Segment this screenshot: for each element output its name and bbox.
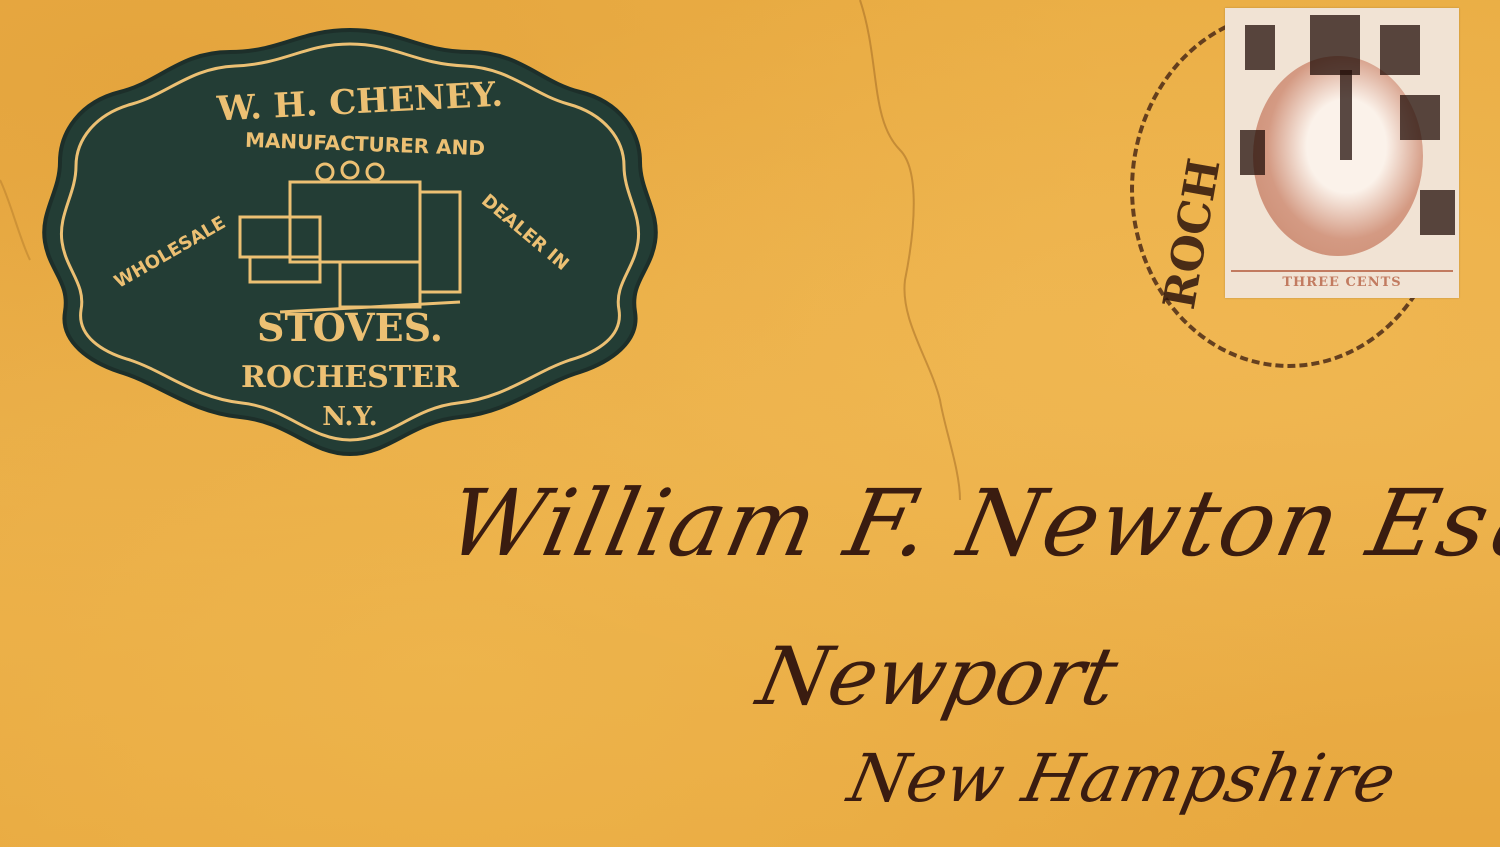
washington-portrait bbox=[1253, 56, 1423, 256]
address-name: William F. Newton Esq bbox=[439, 470, 1500, 577]
postmark-text: ROCH bbox=[1154, 155, 1231, 313]
address-state: New Hampshire bbox=[842, 740, 1402, 817]
address-city: Newport bbox=[750, 630, 1125, 723]
postage-stamp: THREE CENTS bbox=[1225, 8, 1459, 298]
stamp-denomination: THREE CENTS bbox=[1231, 270, 1453, 292]
card-city: ROCHESTER bbox=[190, 360, 510, 395]
card-product: STOVES. bbox=[220, 305, 480, 350]
corner-card: W. H. CHENEY. MANUFACTURER AND WHOLESALE… bbox=[40, 22, 660, 462]
card-state: N.Y. bbox=[290, 402, 410, 432]
